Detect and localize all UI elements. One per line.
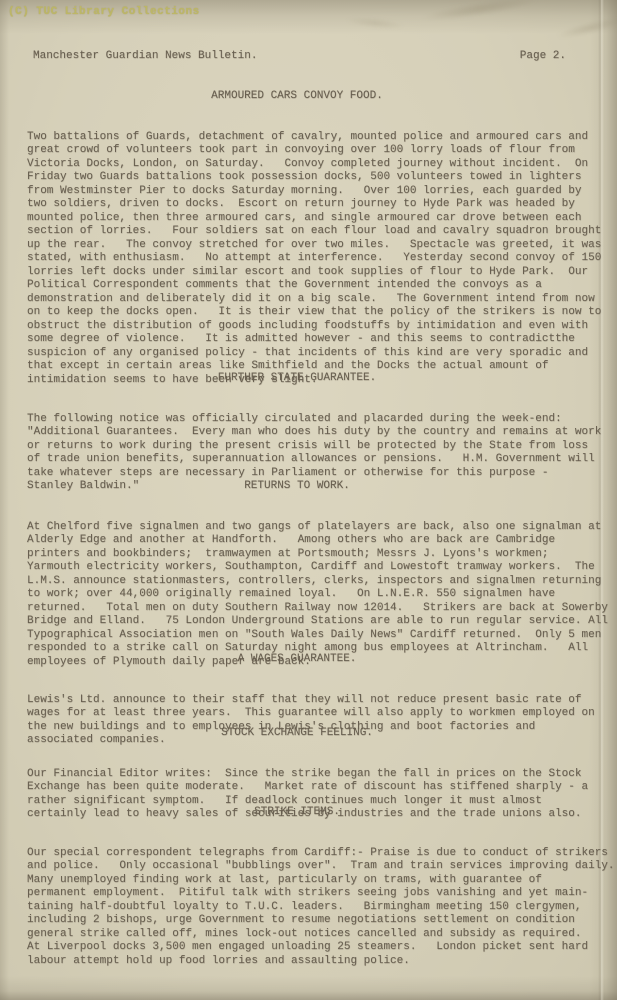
section-heading: FURTHER STATE GUARANTEE.: [27, 372, 567, 386]
page-number: Page 2.: [520, 50, 566, 64]
document-scan: (C) TUC Library Collections Manchester G…: [0, 0, 617, 1000]
section-heading: RETURNS TO WORK.: [27, 480, 567, 494]
bulletin-title: Manchester Guardian News Bulletin.: [33, 50, 257, 64]
library-copyright-stamp: (C) TUC Library Collections: [8, 6, 200, 18]
section-heading: STRIKE ITEMS.: [27, 806, 567, 820]
bleed-through-mark: [420, 0, 541, 25]
section-strike-items: STRIKE ITEMS. Our special correspondent …: [27, 779, 617, 995]
section-heading: A WAGES GUARANTEE.: [27, 653, 567, 667]
section-heading: STOCK EXCHANGE FEELING.: [27, 727, 567, 741]
section-body: Our special correspondent telegraphs fro…: [27, 847, 617, 969]
page-header: Manchester Guardian News Bulletin. Page …: [33, 50, 566, 64]
bleed-through-mark: [555, 14, 617, 43]
section-heading: ARMOURED CARS CONVOY FOOD.: [27, 90, 567, 104]
bleed-through-mark: [345, 15, 406, 31]
